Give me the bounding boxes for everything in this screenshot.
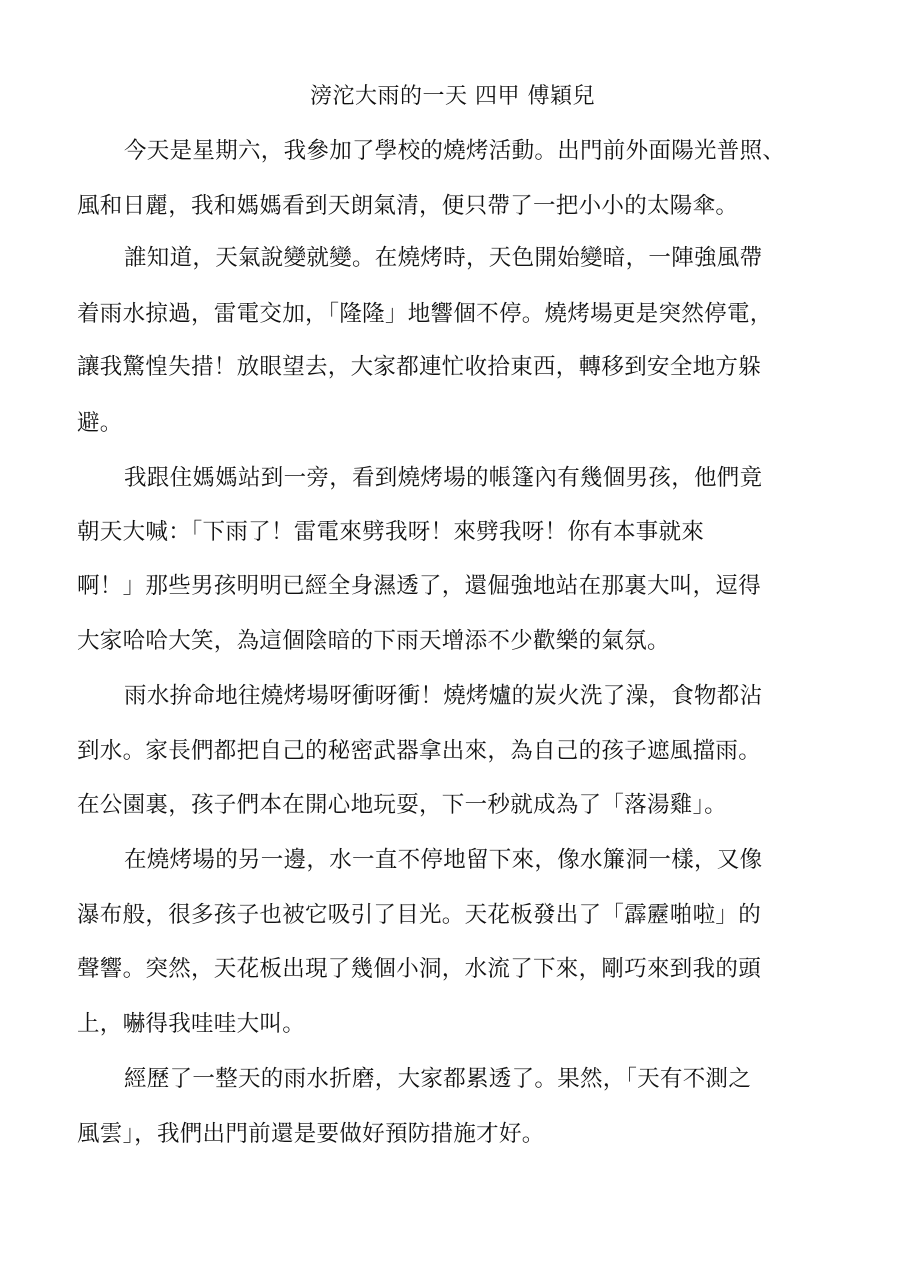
document-page: 滂沱大雨的一天 四甲 傅穎兒 今天是星期六，我參加了學校的燒烤活動。出門前外面陽… <box>0 0 905 1280</box>
text-line: 我跟住媽媽站到一旁，看到燒烤場的帳篷內有幾個男孩，他們竟 <box>124 461 762 495</box>
text-line: 啊！」那些男孩明明已經全身濕透了，還倔強地站在那裏大叫，逗得 <box>77 569 761 603</box>
text-line: 經歷了一整天的雨水折磨，大家都累透了。果然，「天有不測之 <box>124 1062 751 1096</box>
text-line: 讓我驚惶失措！放眼望去，大家都連忙收拾東西，轉移到安全地方躲 <box>77 350 761 384</box>
text-line: 着雨水掠過，雷電交加，「隆隆」地響個不停。燒烤場更是突然停電， <box>77 297 773 331</box>
text-line: 在公園裏，孩子們本在開心地玩耍，下一秒就成為了「落湯雞」。 <box>77 788 727 822</box>
text-line: 在燒烤場的另一邊，水一直不停地留下來，像水簾洞一樣，又像 <box>124 843 762 877</box>
text-line: 雨水拚命地往燒烤場呀衝呀衝！燒烤爐的炭火洗了澡，食物都沾 <box>124 679 762 713</box>
text-line: 誰知道，天氣說變就變。在燒烤時，天色開始變暗，一陣強風帶 <box>124 241 762 275</box>
text-line: 大家哈哈大笑，為這個陰暗的下雨天增添不少歡樂的氣氛。 <box>77 624 670 658</box>
text-line: 今天是星期六，我參加了學校的燒烤活動。出門前外面陽光普照、 <box>124 134 785 168</box>
text-line: 風和日麗，我和媽媽看到天朗氣清，便只帶了一把小小的太陽傘。 <box>77 189 738 223</box>
text-line: 朝天大喊：「下雨了！雷電來劈我呀！來劈我呀！你有本事就來 <box>77 515 704 549</box>
text-line: 瀑布般，很多孩子也被它吸引了目光。天花板發出了「霹靂啪啦」的 <box>77 898 761 932</box>
text-line: 聲響。突然，天花板出現了幾個小洞，水流了下來，剛巧來到我的頭 <box>77 952 761 986</box>
text-line: 到水。家長們都把自己的秘密武器拿出來，為自己的孩子遮風擋雨。 <box>77 734 761 768</box>
text-line: 風雲」，我們出門前還是要做好預防措施才好。 <box>77 1117 545 1151</box>
document-title: 滂沱大雨的一天 四甲 傅穎兒 <box>0 80 905 114</box>
text-line: 避。 <box>77 406 123 440</box>
text-line: 上，嚇得我哇哇大叫。 <box>77 1007 305 1041</box>
